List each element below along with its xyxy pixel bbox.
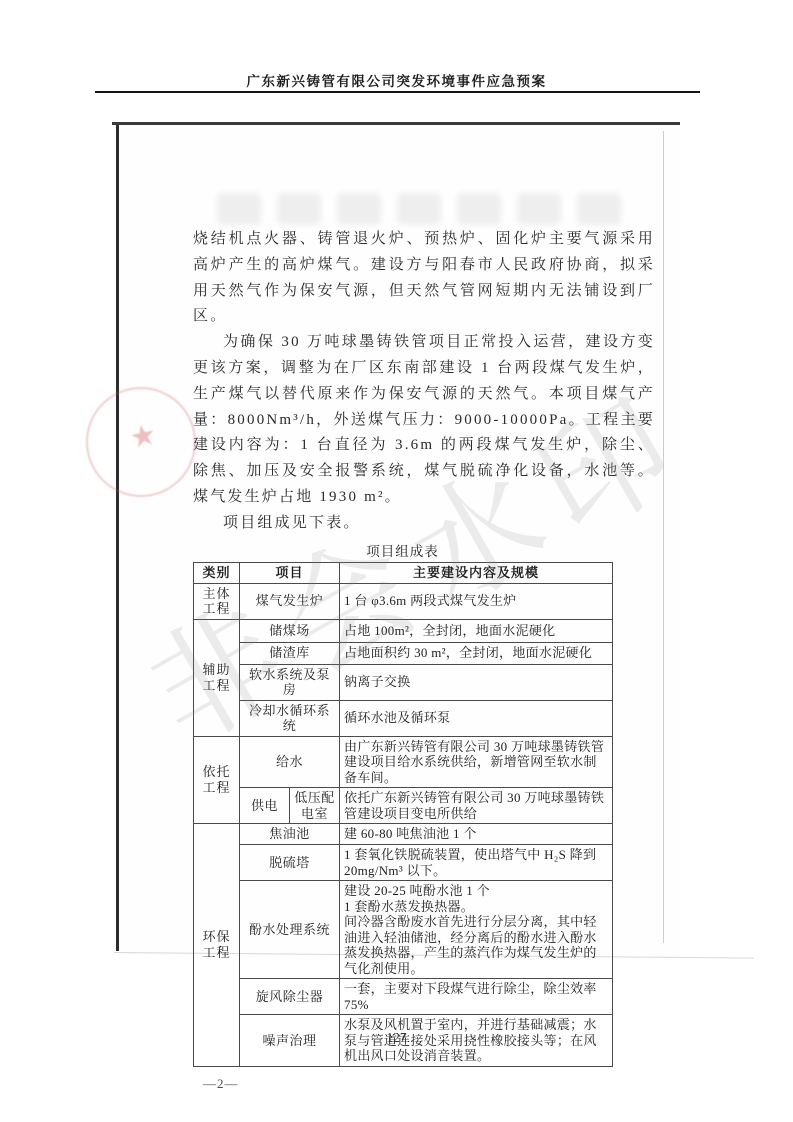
- content-cell: 一套，主要对下段煤气进行除尘，除尘效率 75%: [340, 979, 613, 1015]
- red-seal-stamp: ★: [86, 387, 196, 497]
- table-row: 旋风除尘器 一套，主要对下段煤气进行除尘，除尘效率 75%: [194, 979, 613, 1015]
- table-row: 酚水处理系统 建设 20-25 吨酚水池 1 个 1 套酚水蒸发换热器。 间冷器…: [194, 881, 613, 979]
- content-cell: 水泵及风机置于室内，并进行基础减震；水泵与管道连接处采用挠性橡胶接头等；在风机出…: [340, 1015, 613, 1067]
- content-cell: 依托广东新兴铸管有限公司 30 万吨球墨铸铁管建设项目变电所供给: [340, 788, 613, 824]
- table-row: 脱硫塔 1 套氧化铁脱硫装置，使出塔气中 H₂S 降到 20mg/Nm³ 以下。: [194, 845, 613, 881]
- item-cell: 煤气发生炉: [240, 583, 340, 619]
- content-cell: 钠离子交换: [340, 664, 613, 700]
- item-cell: 储渣库: [240, 642, 340, 664]
- scan-left-edge: [116, 125, 119, 951]
- content-cell: 占地面积约 30 m²，全封闭，地面水泥硬化: [340, 642, 613, 664]
- item-cell: 软水系统及泵房: [240, 664, 340, 700]
- item-cell: 冷却水循环系统: [240, 700, 340, 736]
- column-header-content: 主要建设内容及规模: [340, 562, 613, 583]
- content-cell: 1 台 φ3.6m 两段式煤气发生炉: [340, 583, 613, 619]
- table-row: 软水系统及泵房 钠离子交换: [194, 664, 613, 700]
- table-caption: 项目组成表: [193, 540, 612, 560]
- table-row: 储渣库 占地面积约 30 m²，全封闭，地面水泥硬化: [194, 642, 613, 664]
- content-cell: 由广东新兴铸管有限公司 30 万吨球墨铸铁管建设项目给水系统供给，新增管网至软水…: [340, 736, 613, 788]
- content-cell: 循环水池及循环泵: [340, 700, 613, 736]
- page-body-content: 烧结机点火器、铸管退火炉、预热炉、固化炉主要气源采用高炉产生的高炉煤气。建设方与…: [193, 125, 655, 1092]
- category-cell: 主体工程: [194, 583, 240, 619]
- table-row: 供电 低压配电室 依托广东新兴铸管有限公司 30 万吨球墨铸铁管建设项目变电所供…: [194, 788, 613, 824]
- content-cell: 占地 100m²，全封闭，地面水泥硬化: [340, 619, 613, 642]
- content-cell: 建设 20-25 吨酚水池 1 个 1 套酚水蒸发换热器。 间冷器含酚废水首先进…: [340, 881, 613, 979]
- table-row: 噪声治理 水泵及风机置于室内，并进行基础减震；水泵与管道连接处采用挠性橡胶接头等…: [194, 1015, 613, 1067]
- table-row: 辅助工程 储煤场 占地 100m²，全封闭，地面水泥硬化: [194, 619, 613, 642]
- item-cell: 酚水处理系统: [240, 881, 340, 979]
- table-row: 主体工程 煤气发生炉 1 台 φ3.6m 两段式煤气发生炉: [194, 583, 613, 619]
- header-divider-rule: [95, 91, 700, 93]
- paragraph: 项目组成见下表。: [193, 511, 655, 537]
- star-icon: ★: [86, 408, 201, 465]
- inner-page-number: —2—: [203, 1076, 655, 1092]
- table-row: 冷却水循环系统 循环水池及循环泵: [194, 700, 613, 736]
- column-header-item: 项目: [240, 562, 340, 583]
- item-cell: 噪声治理: [240, 1015, 340, 1067]
- category-cell: 辅助工程: [194, 619, 240, 736]
- paragraph: 为确保 30 万吨球墨铸铁管项目正常投入运营，建设方变更该方案，调整为在厂区东南…: [193, 330, 655, 511]
- table-header-row: 类别 项目 主要建设内容及规模: [194, 562, 613, 583]
- scanned-inner-page: ★ 非 会 水 印 烧结机点火器、铸管退火炉、预热炉、固化炉主要气源采用高炉产生…: [112, 122, 680, 955]
- project-composition-table: 类别 项目 主要建设内容及规模 主体工程 煤气发生炉 1 台 φ3.6m 两段式…: [193, 562, 613, 1067]
- scanned-document-page: { "header": { "title": "广东新兴铸管有限公司突发环境事件…: [0, 0, 793, 1122]
- item-cell: 旋风除尘器: [240, 979, 340, 1015]
- column-header-category: 类别: [194, 562, 240, 583]
- category-cell: 环保工程: [194, 824, 240, 1067]
- content-cell: 建 60-80 吨焦油池 1 个: [340, 824, 613, 845]
- item-cell: 脱硫塔: [240, 845, 340, 881]
- content-cell: 1 套氧化铁脱硫装置，使出塔气中 H₂S 降到 20mg/Nm³ 以下。: [340, 845, 613, 881]
- item-cell: 供电: [240, 788, 290, 824]
- paragraph: 烧结机点火器、铸管退火炉、预热炉、固化炉主要气源采用高炉产生的高炉煤气。建设方与…: [193, 227, 655, 330]
- item-cell: 给水: [240, 736, 340, 788]
- document-header-title: 广东新兴铸管有限公司突发环境事件应急预案: [0, 70, 793, 90]
- item-cell: 储煤场: [240, 619, 340, 642]
- table-row: 环保工程 焦油池 建 60-80 吨焦油池 1 个: [194, 824, 613, 845]
- category-cell: 依托工程: [194, 736, 240, 824]
- item-cell: 焦油池: [240, 824, 340, 845]
- scan-right-edge: [663, 131, 664, 943]
- sub-item-cell: 低压配电室: [290, 788, 340, 824]
- table-row: 依托工程 给水 由广东新兴铸管有限公司 30 万吨球墨铸铁管建设项目给水系统供给…: [194, 736, 613, 788]
